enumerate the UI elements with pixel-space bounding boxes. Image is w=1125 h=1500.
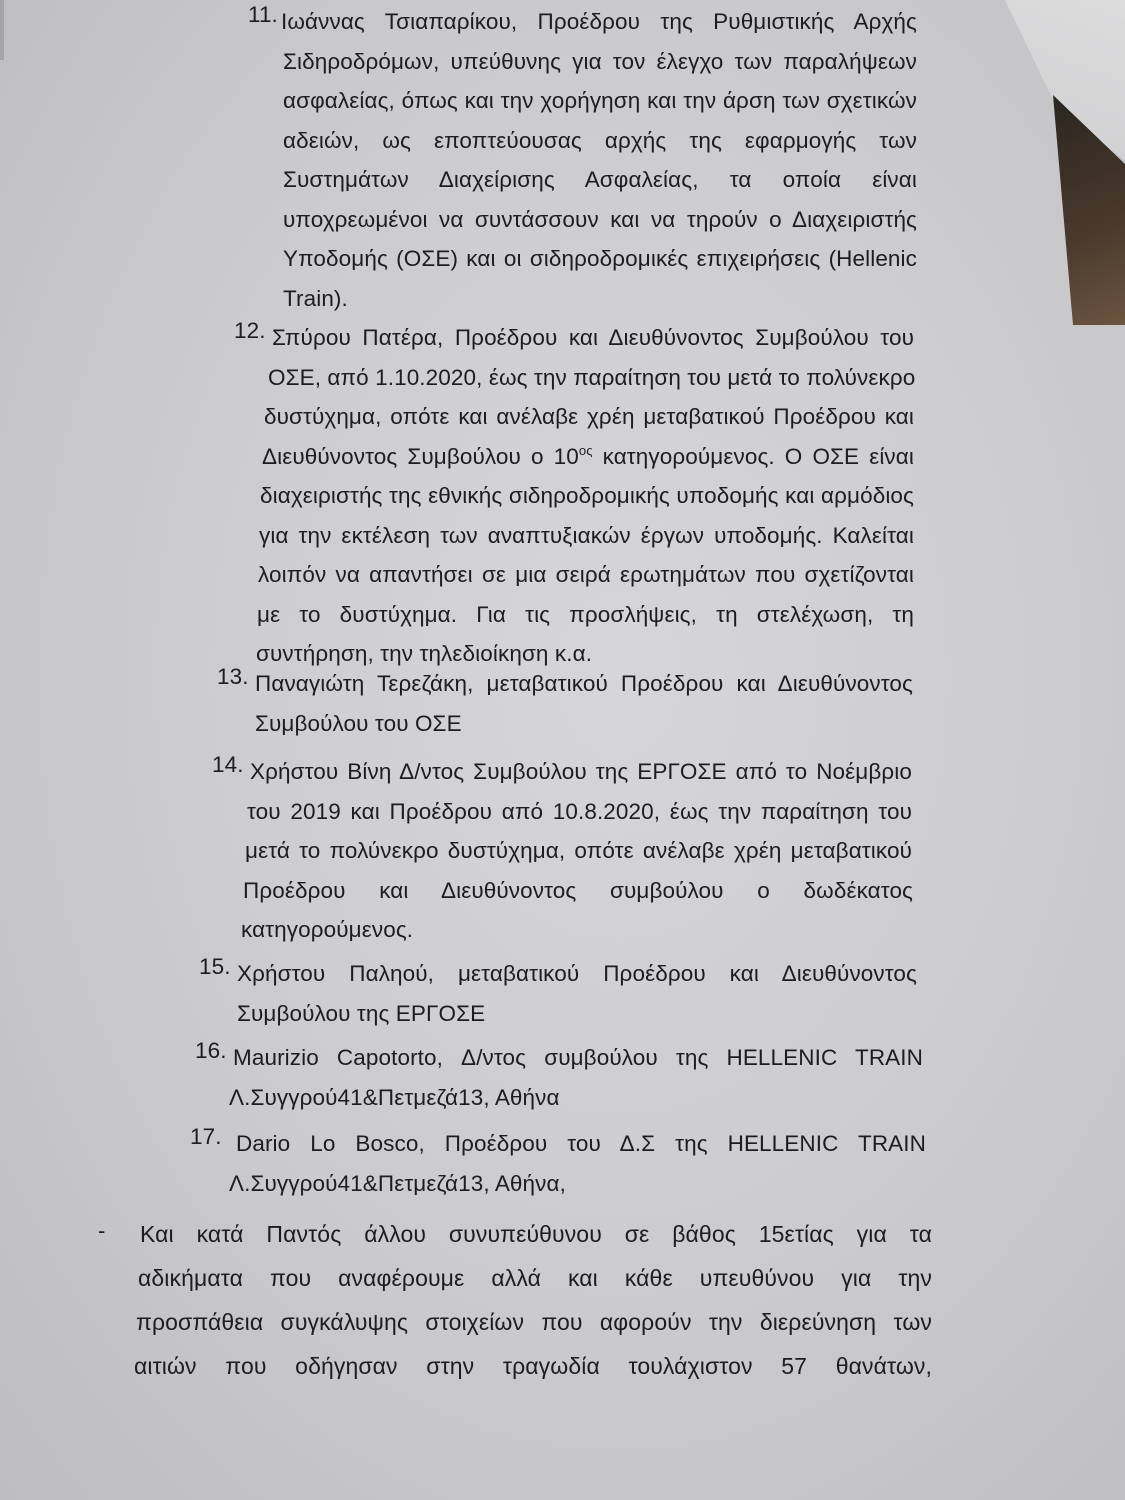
text-line: ασφαλείας, όπως και την χορήγηση και την… (283, 81, 917, 121)
text-line: για την εκτέλεση των αναπτυξιακών έργων … (259, 516, 914, 556)
text-line: Train). (283, 279, 917, 319)
item-number: 15. (199, 954, 231, 980)
text-line: Σπύρου Πατέρα, Προέδρου και Διευθύνοντος… (272, 318, 914, 358)
item-number: 16. (195, 1038, 227, 1064)
item-number: 13. (217, 664, 249, 690)
text-line: Σιδηροδρόμων, υπεύθυνης για τον έλεγχο τ… (283, 42, 917, 82)
bullet-dash: - (98, 1218, 105, 1244)
text-line-with-superscript: Διευθύνοντος Συμβούλου ο 10ος κατηγορούμ… (262, 437, 914, 477)
text-line: αιτιών που οδήγησαν στην τραγωδία τουλάχ… (134, 1344, 932, 1388)
text-line: Συμβούλου του ΟΣΕ (255, 704, 913, 744)
text-line: Λ.Συγγρού41&Πετμεζά13, Αθήνα (229, 1078, 923, 1118)
text-line: Υποδομής (ΟΣΕ) και οι σιδηροδρομικές επι… (283, 239, 917, 279)
closing-paragraph: Και κατά Παντός άλλου συνυπεύθυνου σε βά… (140, 1212, 932, 1388)
text-line: Προέδρου και Διευθύνοντος συμβούλου ο δω… (243, 871, 913, 911)
text-line: Παναγιώτη Τερεζάκη, μεταβατικού Προέδρου… (255, 664, 913, 704)
text-fragment: κατηγορούμενος. Ο ΟΣΕ είναι (593, 444, 914, 469)
item-number: 11. (248, 2, 278, 28)
list-item-14: 14. Χρήστου Βίνη Δ/ντος Συμβούλου της ΕΡ… (250, 752, 912, 950)
text-line: με το δυστύχημα. Για τις προσλήψεις, τη … (257, 595, 914, 635)
text-line: λοιπόν να απαντήσει σε μια σειρά ερωτημά… (258, 555, 914, 595)
text-fragment: Διευθύνοντος Συμβούλου ο 10 (262, 444, 579, 469)
text-line: μετά το πολύνεκρο δυστύχημα, οπότε ανέλα… (245, 831, 912, 871)
list-item-12: 12. Σπύρου Πατέρα, Προέδρου και Διευθύνο… (272, 318, 914, 674)
text-line: Συστημάτων Διαχείρισης Ασφαλείας, τα οπο… (283, 160, 917, 200)
list-item-11: 11. Ιωάννας Τσιαπαρίκου, Προέδρου της Ρυ… (283, 2, 917, 318)
text-line: αδικήματα που αναφέρουμε αλλά και κάθε υ… (138, 1256, 932, 1300)
list-item-16: 16. Maurizio Capotorto, Δ/ντος συμβούλου… (233, 1038, 923, 1117)
text-line: αδειών, ως εποπτεύουσας αρχής της εφαρμο… (283, 121, 917, 161)
text-line: του 2019 και Προέδρου από 10.8.2020, έως… (247, 792, 912, 832)
list-item-13: 13. Παναγιώτη Τερεζάκη, μεταβατικού Προέ… (255, 664, 913, 743)
item-number: 14. (212, 752, 244, 778)
text-line: ΟΣΕ, από 1.10.2020, έως την παραίτηση το… (268, 358, 914, 398)
text-line: Χρήστου Βίνη Δ/ντος Συμβούλου της ΕΡΓΟΣΕ… (250, 752, 912, 792)
text-line: κατηγορούμενος. (241, 910, 912, 950)
item-number: 12. (234, 318, 266, 344)
text-line: Dario Lo Bosco, Προέδρου του Δ.Σ της HEL… (236, 1124, 926, 1164)
text-line: προσπάθεια συγκάλυψης στοιχείων που αφορ… (136, 1300, 932, 1344)
item-number: 17. (190, 1124, 222, 1150)
text-line: διαχειριστής της εθνικής σιδηροδρομικής … (260, 476, 914, 516)
text-line: υποχρεωμένοι να συντάσσουν και να τηρούν… (283, 200, 917, 240)
text-line: Λ.Συγγρού41&Πετμεζά13, Αθήνα, (229, 1164, 926, 1204)
page-edge (0, 0, 4, 60)
text-line: Και κατά Παντός άλλου συνυπεύθυνου σε βά… (140, 1212, 932, 1256)
text-line: Ιωάννας Τσιαπαρίκου, Προέδρου της Ρυθμισ… (281, 2, 917, 42)
ordinal-superscript: ος (579, 443, 593, 458)
text-line: Συμβούλου της ΕΡΓΟΣΕ (237, 994, 917, 1034)
list-item-15: 15. Χρήστου Παληού, μεταβατικού Προέδρου… (237, 954, 917, 1033)
list-item-17: 17. Dario Lo Bosco, Προέδρου του Δ.Σ της… (236, 1124, 926, 1203)
text-line: Χρήστου Παληού, μεταβατικού Προέδρου και… (237, 954, 917, 994)
text-line: Maurizio Capotorto, Δ/ντος συμβούλου της… (233, 1038, 923, 1078)
text-line: δυστύχημα, οπότε και ανέλαβε χρέη μεταβα… (264, 397, 914, 437)
